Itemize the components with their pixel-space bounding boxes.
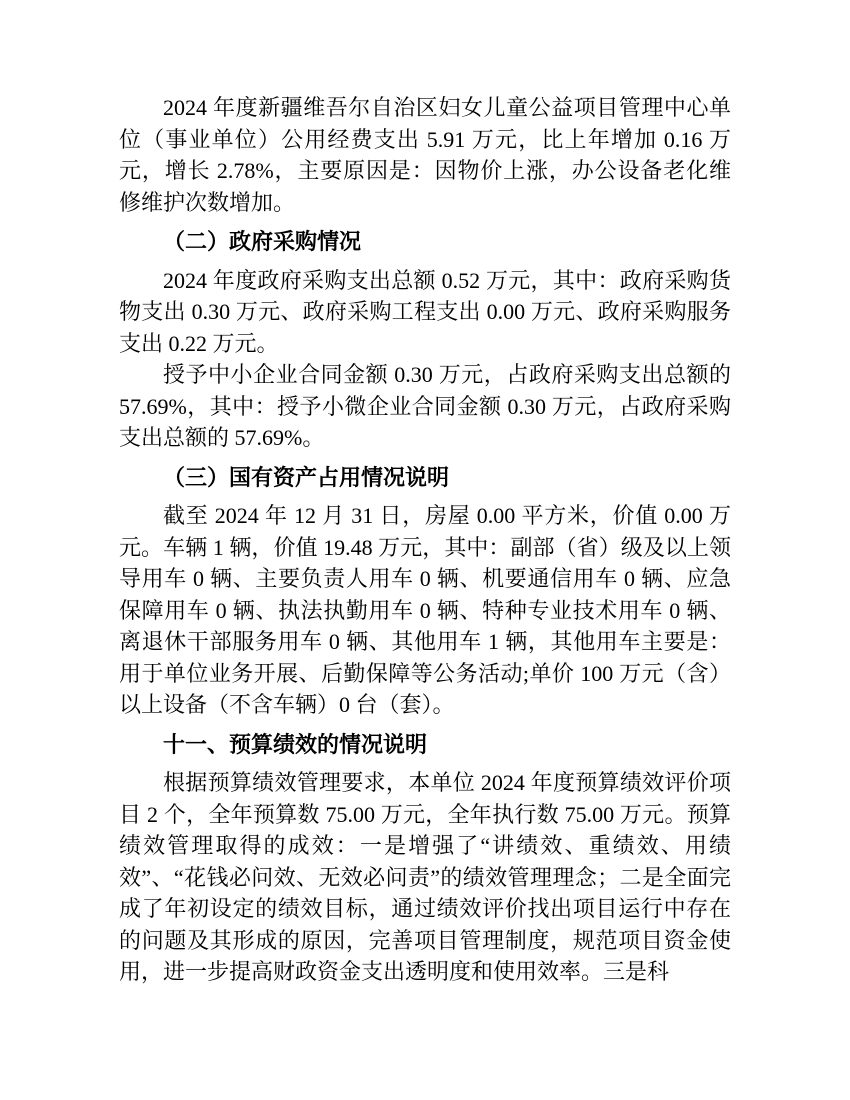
paragraph-performance-detail: 根据预算绩效管理要求，本单位 2024 年度预算绩效评价项目 2 个，全年预算数… (119, 767, 731, 988)
paragraph-sme-contracts: 授予中小企业合同金额 0.30 万元，占政府采购支出总额的 57.69%，其中：… (119, 359, 731, 454)
heading-budget-performance: 十一、预算绩效的情况说明 (119, 729, 731, 761)
paragraph-assets-detail: 截至 2024 年 12 月 31 日，房屋 0.00 平方米，价值 0.00 … (119, 500, 731, 721)
heading-state-assets: （三）国有资产占用情况说明 (119, 462, 731, 494)
document-page: 2024 年度新疆维吾尔自治区妇女儿童公益项目管理中心单位（事业单位）公用经费支… (0, 0, 850, 1100)
paragraph-public-funds-expenditure: 2024 年度新疆维吾尔自治区妇女儿童公益项目管理中心单位（事业单位）公用经费支… (119, 92, 731, 218)
heading-government-procurement: （二）政府采购情况 (119, 226, 731, 258)
paragraph-procurement-total: 2024 年度政府采购支出总额 0.52 万元，其中：政府采购货物支出 0.30… (119, 265, 731, 360)
